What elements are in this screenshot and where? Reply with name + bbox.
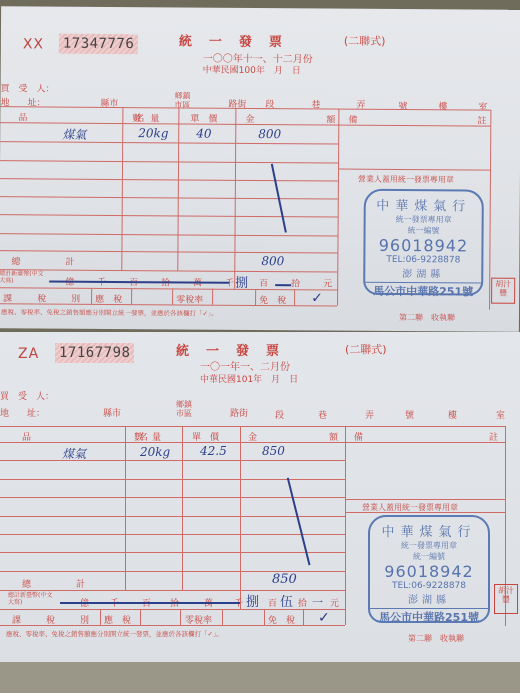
item-unit-price: 42.5: [200, 444, 227, 458]
buyer-label: 買 受 人：: [0, 389, 54, 402]
stamp-county: 澎湖縣: [370, 591, 488, 606]
address-field-room: 室: [496, 408, 505, 421]
address-field-alley: 弄: [365, 408, 374, 421]
buyer-label: 買 受 人：: [1, 81, 55, 94]
invoice-bottom: ZA 17167798 統 一 發 票 (二聯式) 一〇一年一、二月份 中華民國…: [0, 332, 520, 662]
tax-zero-label: 零稅率: [176, 292, 203, 305]
invoice-serial: 17167798: [55, 343, 134, 363]
address-field-room: 室: [478, 100, 487, 113]
item-quantity: 20kg: [138, 126, 168, 140]
col-header-qty: 數 量: [134, 430, 161, 443]
item-amount: 850: [262, 444, 285, 458]
item-name: 煤氣: [62, 445, 86, 462]
company-stamp: 中華煤氣行 統一發票專用章 統一編號 96018942 TEL:06-92288…: [368, 515, 490, 623]
unit-bai-2: 百: [268, 596, 277, 609]
written-digit: 捌: [235, 272, 248, 291]
col-header-remarks: 備 註: [354, 430, 520, 443]
invoice-title: 統 一 發 票: [176, 340, 281, 359]
tax-type-label: 課 稅 別: [12, 613, 97, 626]
address-field-lane: 巷: [318, 408, 327, 421]
invoice-prefix: XX: [23, 36, 44, 52]
unit-bai-2: 百: [259, 276, 268, 289]
col-header-amount: 金 額: [245, 112, 353, 126]
col-header-qty: 數 量: [132, 111, 159, 124]
address-field-floor: 樓: [438, 99, 447, 112]
unit-shi-2: 拾: [298, 596, 307, 609]
invoice-prefix: ZA: [18, 346, 39, 362]
tax-type-label: 課 稅 別: [3, 291, 88, 305]
item-quantity: 20kg: [140, 445, 170, 459]
col-header-amount: 金 額: [248, 430, 356, 443]
col-header-remarks: 備 註: [348, 113, 520, 127]
total-label: 總 計: [22, 577, 85, 590]
tax-exempt-check: ✓: [318, 610, 330, 626]
tax-taxable-label: 應 稅: [104, 613, 131, 626]
invoice-period: 一〇一年一、二月份: [200, 358, 290, 373]
chinese-total-label: 總計新臺幣(中文大寫): [0, 270, 47, 284]
invoice-format: (二聯式): [344, 33, 386, 49]
total-value: 800: [261, 254, 284, 268]
stamp-header: 營業人蓋用統一發票專用章: [362, 502, 458, 513]
unit-yuan: 元: [323, 276, 332, 289]
col-header-price: 單 價: [190, 112, 217, 125]
chinese-total-label: 總計新臺幣(中文大寫): [8, 592, 56, 606]
tax-exempt-check: ✓: [311, 290, 323, 306]
invoice-format: (二聯式): [345, 341, 387, 357]
tax-zero-label: 零稅率: [185, 613, 212, 626]
stamp-line1: 統一發票專用章: [366, 214, 482, 226]
stamp-address: 馬公市中華路251號: [365, 282, 481, 300]
stamp-company-name: 中華煤氣行: [370, 521, 488, 540]
invoice-date: 中華民國101年 月 日: [200, 372, 298, 385]
total-value: 850: [272, 572, 297, 587]
item-amount: 800: [258, 127, 281, 141]
invoice-serial: 17347776: [59, 34, 139, 55]
address-field-section: 段: [275, 408, 284, 421]
stamp-tel: TEL:06-9228878: [370, 581, 488, 591]
invoice-note: 應稅、零稅率、免稅之銷售額應分別開立統一發票，並應於各該欄打「✓」。: [6, 629, 223, 638]
table-surface: [0, 662, 520, 693]
invoice-date: 中華民國100年 月 日: [203, 63, 301, 77]
stamp-tax-id: 96018942: [370, 562, 488, 581]
unit-shi-2: 拾: [291, 276, 300, 289]
strike-line: [60, 602, 240, 604]
stamp-line2: 統一編號: [370, 551, 488, 562]
invoice-note: 應稅、零稅率、免稅之銷售額應分別開立統一發票，並應於各該欄打「✓」。: [1, 307, 218, 318]
stamp-line2: 統一編號: [366, 225, 482, 237]
written-digit-3: 一: [312, 594, 323, 610]
written-digit: 捌: [246, 591, 259, 610]
strike-line-2: [275, 284, 291, 286]
tax-exempt-label: 免 稅: [259, 293, 286, 306]
item-unit-price: 40: [196, 127, 211, 141]
stamp-tax-id: 96018942: [365, 236, 481, 256]
address-field-county: 縣市: [103, 406, 121, 419]
tax-exempt-label: 免 稅: [268, 613, 295, 626]
address-label: 地 址：: [0, 406, 45, 419]
address-field-number: 號: [405, 408, 414, 421]
tax-taxable-label: 應 稅: [95, 292, 122, 305]
personal-seal: 胡汁豐: [494, 584, 518, 614]
strike-line: [49, 281, 229, 284]
invoice-title: 統 一 發 票: [179, 30, 284, 50]
address-field-number: 號: [398, 99, 407, 112]
stamp-header: 營業人蓋用統一發票專用章: [358, 174, 454, 186]
unit-yuan: 元: [330, 596, 339, 609]
copy-label: 第二聯 收執聯: [408, 633, 464, 644]
company-stamp: 中華煤氣行 統一發票專用章 統一編號 96018942 TEL:06-92288…: [363, 189, 484, 296]
stamp-company-name: 中華煤氣行: [366, 195, 482, 215]
item-name: 煤氣: [62, 126, 86, 143]
address-field-floor: 樓: [448, 408, 457, 421]
total-label: 總 計: [11, 254, 74, 267]
stamp-county: 澎湖縣: [365, 265, 481, 281]
invoice-top: XX 17347776 統 一 發 票 (二聯式) 一〇〇年十一、十二月份 中華…: [0, 6, 520, 332]
copy-label: 第二聯 收執聯: [399, 312, 455, 323]
address-field-road: 路街: [230, 406, 248, 419]
col-header-price: 單 價: [192, 430, 219, 443]
stamp-line1: 統一發票專用章: [370, 540, 488, 551]
address-field-township: 鄉鎮市區: [176, 400, 196, 418]
written-digit-2: 伍: [280, 591, 293, 610]
stamp-address: 馬公市中華路251號: [370, 608, 488, 625]
personal-seal: 胡汁豐: [491, 278, 515, 304]
